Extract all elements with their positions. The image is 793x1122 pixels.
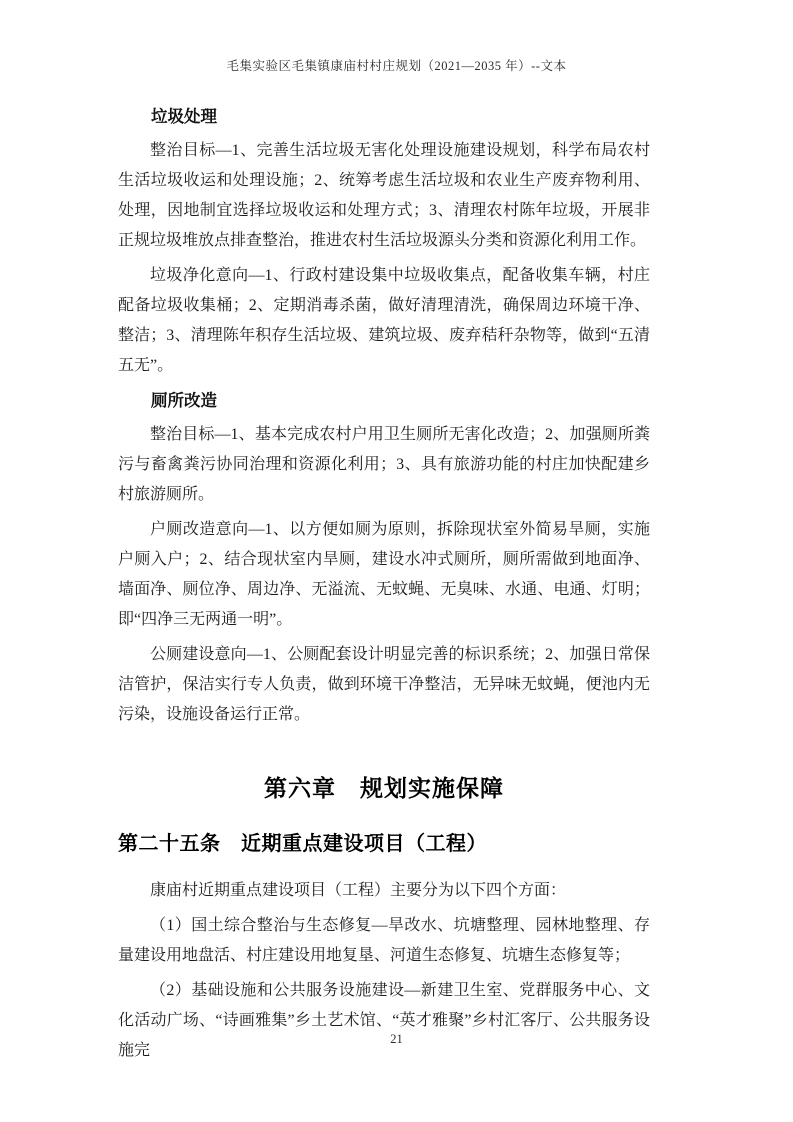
paragraph-project-overview: 康庙村近期重点建设项目（工程）主要分为以下四个方面： — [118, 876, 650, 906]
article-heading: 第二十五条 近期重点建设项目（工程） — [118, 827, 650, 856]
paragraph-public-toilet-intent: 公厕建设意向—1、公厕配套设计明显完善的标识系统；2、加强日常保洁管护，保洁实行… — [118, 640, 650, 730]
paragraph-toilet-goals: 整治目标—1、基本完成农村户用卫生厕所无害化改造；2、加强厕所粪污与畜禽粪污协同… — [118, 420, 650, 510]
page-number: 21 — [0, 1032, 793, 1047]
paragraph-garbage-purification: 垃圾净化意向—1、行政村建设集中垃圾收集点，配备收集车辆，村庄配备垃圾收集桶；2… — [118, 261, 650, 381]
paragraph-garbage-goals: 整治目标—1、完善生活垃圾无害化处理设施建设规划，科学布局农村生活垃圾收运和处理… — [118, 136, 650, 256]
paragraph-project-item-2: （2）基础设施和公共服务设施建设—新建卫生室、党群服务中心、文化活动广场、“诗画… — [118, 976, 650, 1066]
page-header-title: 毛集实验区毛集镇康庙村村庄规划（2021—2035 年）--文本 — [0, 56, 793, 74]
document-page: 毛集实验区毛集镇康庙村村庄规划（2021—2035 年）--文本 垃圾处理 整治… — [0, 0, 793, 1122]
document-body: 垃圾处理 整治目标—1、完善生活垃圾无害化处理设施建设规划，科学布局农村生活垃圾… — [118, 100, 650, 1071]
paragraph-project-item-1: （1）国土综合整治与生态修复—旱改水、坑塘整理、园林地整理、存量建设用地盘活、村… — [118, 911, 650, 971]
section-heading-toilet-renovation: 厕所改造 — [118, 386, 650, 416]
section-heading-garbage-treatment: 垃圾处理 — [118, 102, 650, 132]
chapter-heading: 第六章 规划实施保障 — [118, 770, 650, 803]
paragraph-household-toilet-intent: 户厕改造意向—1、以方便如厕为原则，拆除现状室外简易旱厕，实施户厕入户；2、结合… — [118, 515, 650, 635]
